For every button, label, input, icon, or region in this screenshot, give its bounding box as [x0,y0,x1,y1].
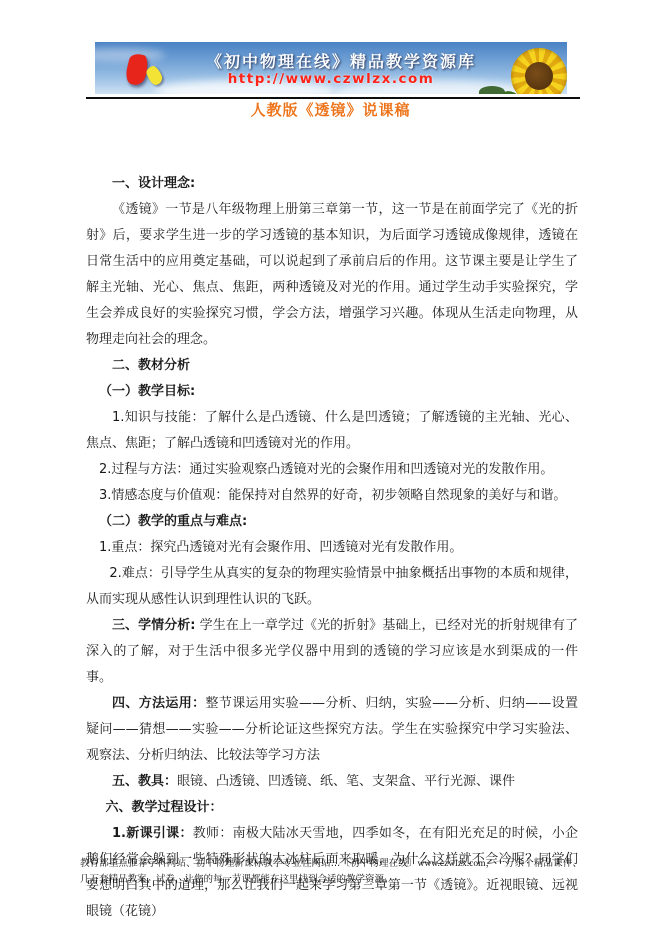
paragraph: 六、教学过程设计： [86,795,578,821]
paragraph-lead: 六、教学过程设计： [106,800,223,815]
paragraph: 3.情感态度与价值观：能保持对自然界的好奇，初步领略自然现象的美好与和谐。 [86,483,578,509]
document-footer: 教育部重点推荐学科网站、初中物理新课标教学专业性网站…〔初中物理在线〕www.c… [80,856,582,887]
paragraph: 2.难点：引导学生从真实的复杂的物理实验情景中抽象概括出事物的本质和规律，从而实… [86,561,578,613]
footer-text-before: 教育部重点推荐学科网站、初中物理新课标教学专业性网站…〔初中物理在线〕 [80,858,418,869]
sunflower-icon [511,48,567,94]
paragraph-text: 1.知识与技能：了解什么是凸透镜、什么是凹透镜；了解透镜的主光轴、光心、焦点、焦… [86,410,578,451]
grass-decoration [479,86,505,94]
paragraph-lead: 三、学情分析: [112,618,195,633]
paragraph-lead: 五、教具： [112,774,177,789]
banner-site-title: 《初中物理在线》精品教学资源库 [135,49,547,72]
banner-site-url: http://www.czwlzx.com [135,71,527,87]
paragraph-lead: 四、方法运用： [112,696,205,711]
paragraph-text: 3.情感态度与价值观：能保持对自然界的好奇，初步领略自然现象的美好与和谐。 [99,488,566,503]
paragraph: 《透镜》一节是八年级物理上册第三章第一节，这一节是在前面学完了《光的折射》后，要… [86,197,578,353]
paragraph-lead: 二、教材分析 [112,358,190,373]
sunflower-center [525,62,553,90]
paragraph: 三、学情分析: 学生在上一章学过《光的折射》基础上，已经对光的折射规律有了深入的… [86,613,578,691]
paragraph: 五、教具：眼镜、凸透镜、凹透镜、纸、笔、支架盒、平行光源、课件 [86,769,578,795]
paragraph-lead: （一）教学目标: [99,384,195,399]
paragraph-text: 2.过程与方法：通过实验观察凸透镜对光的会聚作用和凹透镜对光的发散作用。 [99,462,553,477]
paragraph: 一、设计理念: [86,171,578,197]
paragraph: 2.过程与方法：通过实验观察凸透镜对光的会聚作用和凹透镜对光的发散作用。 [86,457,578,483]
paragraph-text: 2.难点：引导学生从真实的复杂的物理实验情景中抽象概括出事物的本质和规律，从而实… [86,566,578,607]
footer-site-url: www.czwlzx.com [418,859,486,869]
paragraph-text: 《透镜》一节是八年级物理上册第三章第一节，这一节是在前面学完了《光的折射》后，要… [86,202,578,347]
site-banner: 《初中物理在线》精品教学资源库 http://www.czwlzx.com [95,42,567,94]
paragraph-lead: 一、设计理念: [112,176,195,191]
paragraph: （二）教学的重点与难点: [86,509,578,535]
paragraph-text: 眼镜、凸透镜、凹透镜、纸、笔、支架盒、平行光源、课件 [177,774,515,789]
paragraph: （一）教学目标: [86,379,578,405]
paragraph: 1.知识与技能：了解什么是凸透镜、什么是凹透镜；了解透镜的主光轴、光心、焦点、焦… [86,405,578,457]
paragraph: 二、教材分析 [86,353,578,379]
paragraph: 1.重点：探究凸透镜对光有会聚作用、凹透镜对光有发散作用。 [86,535,578,561]
document-title: 人教版《透镜》说课稿 [83,99,578,120]
paragraph: 四、方法运用：整节课运用实验——分析、归纳，实验——分析、归纳——设置疑问——猜… [86,691,578,769]
document-body: 一、设计理念:《透镜》一节是八年级物理上册第三章第一节，这一节是在前面学完了《光… [86,171,578,925]
paragraph-lead: （二）教学的重点与难点: [99,514,247,529]
paragraph-text: 1.重点：探究凸透镜对光有会聚作用、凹透镜对光有发散作用。 [99,540,462,555]
paragraph-lead: 1.新课引课： [112,826,193,841]
